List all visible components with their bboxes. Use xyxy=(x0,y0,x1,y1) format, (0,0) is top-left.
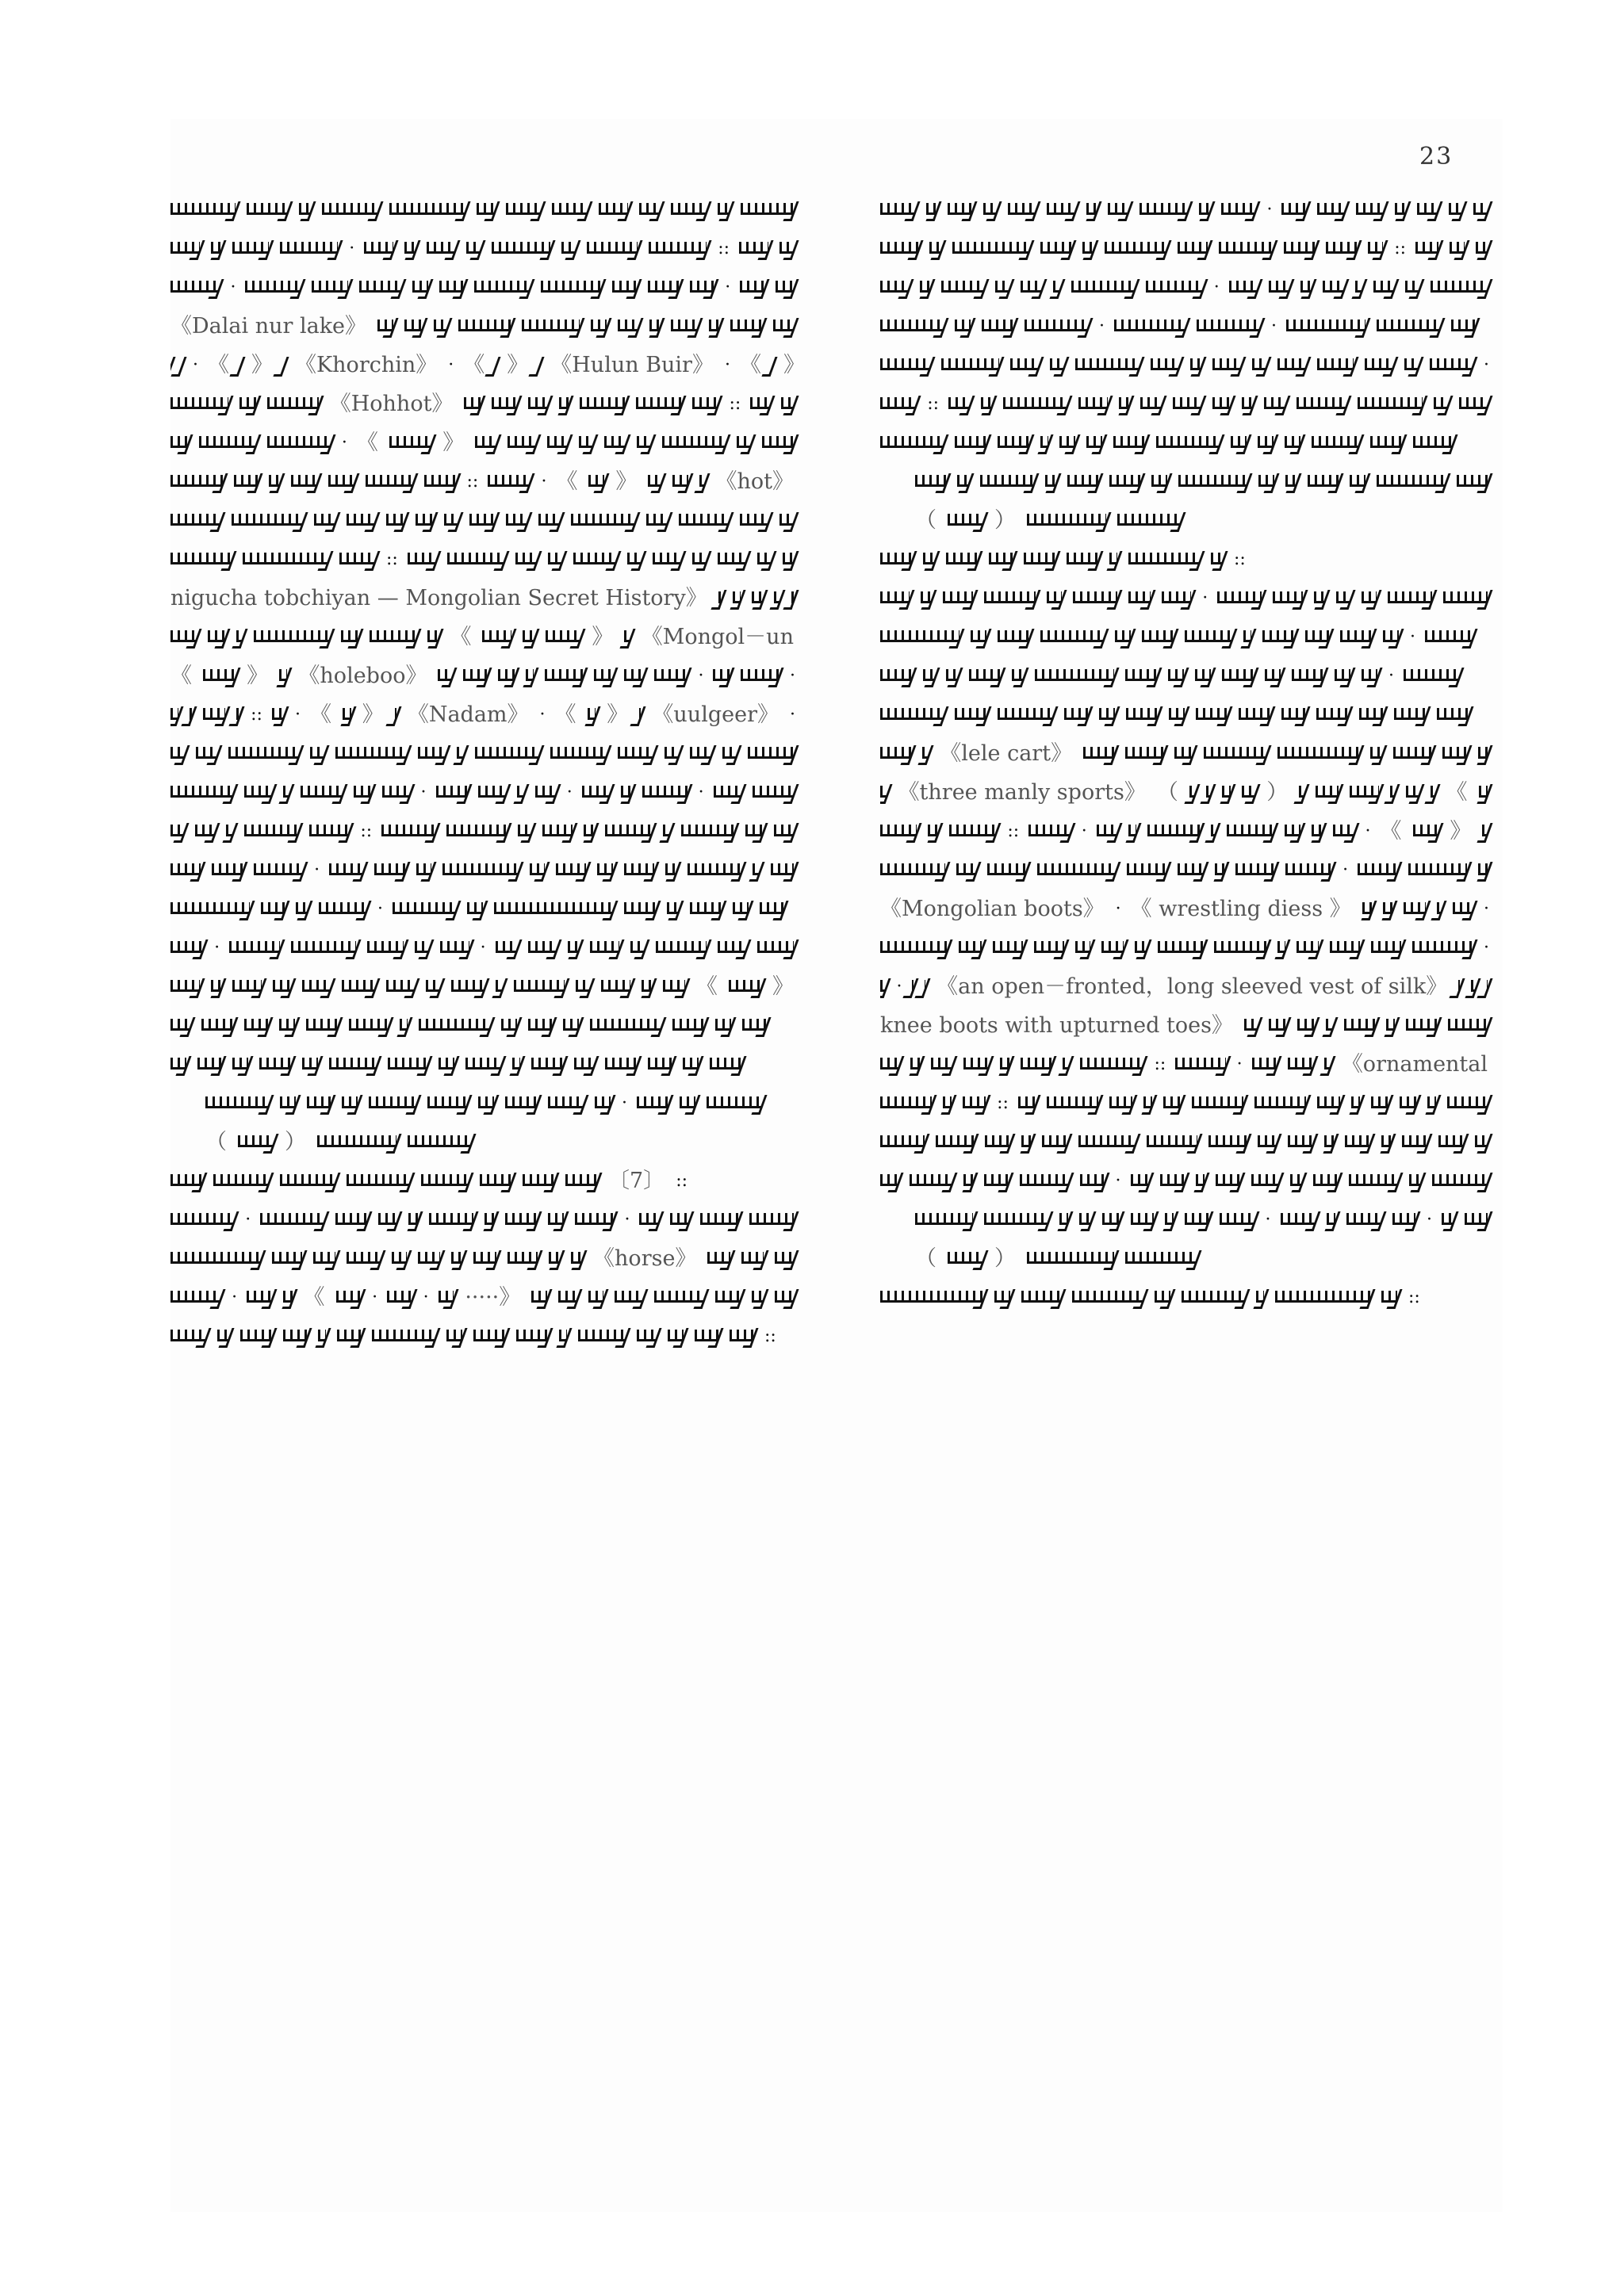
mongolian-word xyxy=(574,1054,594,1075)
mongolian-word xyxy=(1178,860,1204,881)
mongolian-word xyxy=(1080,1171,1105,1192)
mongolian-word xyxy=(1027,1249,1114,1269)
mongolian-word xyxy=(1086,433,1102,453)
mongolian-word xyxy=(713,666,730,687)
mongolian-word xyxy=(1453,899,1473,920)
mongolian-word xyxy=(1072,1288,1143,1308)
mongolian-word xyxy=(594,666,613,687)
mongolian-word xyxy=(347,1171,410,1192)
mongolian-word xyxy=(243,549,328,570)
mongolian-word xyxy=(1128,821,1136,842)
english-gloss: 《 xyxy=(1381,812,1402,851)
mongolian-word xyxy=(408,1210,418,1230)
mongolian-word xyxy=(1216,1171,1240,1192)
mongolian-word xyxy=(1204,744,1266,764)
mongolian-word xyxy=(1292,666,1323,687)
text-line: ::··《》 xyxy=(880,812,1499,851)
mongolian-word xyxy=(1212,394,1231,415)
mongolian-word xyxy=(750,394,769,415)
mongolian-word xyxy=(1473,200,1488,220)
mongolian-word xyxy=(1370,744,1383,764)
mongolian-word xyxy=(1190,355,1201,376)
mongolian-word xyxy=(781,394,794,415)
mongolian-word xyxy=(291,938,356,959)
mongolian-word xyxy=(880,1132,925,1153)
punctuation: · xyxy=(349,239,354,258)
mongolian-word xyxy=(244,1016,268,1036)
english-gloss: knee boots with upturned toes》 xyxy=(880,1006,1233,1045)
mongolian-word xyxy=(1324,1132,1334,1153)
mongolian-word xyxy=(1086,200,1097,220)
mongolian-word xyxy=(1114,316,1185,337)
mongolian-word xyxy=(1406,783,1419,803)
text-line: ::·《ornamental xyxy=(880,1045,1499,1084)
mongolian-word xyxy=(272,705,284,725)
mongolian-word xyxy=(1457,472,1488,492)
punctuation: :: xyxy=(1154,1054,1166,1074)
mongolian-word xyxy=(393,899,456,920)
mongolian-word xyxy=(742,1016,766,1036)
mongolian-word xyxy=(774,821,794,842)
text-line: · xyxy=(880,618,1499,656)
mongolian-word xyxy=(1160,1171,1185,1192)
mongolian-word xyxy=(980,472,1034,492)
mongolian-word xyxy=(1297,394,1346,415)
punctuation: :: xyxy=(467,472,479,492)
mongolian-word xyxy=(1252,355,1266,376)
english-gloss: 》 xyxy=(507,346,528,385)
mongolian-word xyxy=(1206,783,1211,803)
mongolian-word xyxy=(322,200,378,220)
mongolian-word xyxy=(880,1171,898,1192)
mongolian-word xyxy=(1438,1132,1464,1153)
mongolian-word xyxy=(1285,860,1331,881)
mongolian-word xyxy=(1476,239,1488,259)
mongolian-word xyxy=(955,433,986,453)
mongolian-word xyxy=(329,860,363,881)
mongolian-word xyxy=(710,1054,741,1075)
mongolian-word xyxy=(1242,394,1253,415)
mongolian-word xyxy=(1102,1210,1120,1230)
mongolian-word xyxy=(473,1249,496,1269)
mongolian-word xyxy=(306,1016,338,1036)
mongolian-word xyxy=(506,511,527,531)
text-line xyxy=(170,501,805,540)
text-line: ·《·······》 xyxy=(170,1278,805,1317)
mongolian-word xyxy=(1365,355,1393,376)
english-gloss: ） xyxy=(285,1123,306,1161)
mongolian-word xyxy=(170,783,233,803)
mongolian-word xyxy=(718,588,722,609)
mongolian-word xyxy=(496,977,503,997)
english-gloss: 《ornamental xyxy=(1342,1045,1488,1084)
mongolian-word xyxy=(1040,627,1104,648)
mongolian-word xyxy=(663,821,669,842)
mongolian-word xyxy=(556,860,586,881)
punctuation: · xyxy=(1410,627,1415,647)
mongolian-word xyxy=(624,627,630,648)
mongolian-word xyxy=(588,1288,604,1308)
mongolian-word xyxy=(523,627,534,648)
mongolian-word xyxy=(948,394,970,415)
mongolian-word xyxy=(910,1054,920,1075)
mongolian-word xyxy=(740,511,768,531)
mongolian-word xyxy=(514,977,565,997)
mongolian-word xyxy=(1427,1093,1436,1114)
mongolian-word xyxy=(993,938,1023,959)
mongolian-word xyxy=(335,744,406,764)
punctuation: · xyxy=(214,938,220,958)
english-gloss: 《 xyxy=(696,967,718,1006)
mongolian-word xyxy=(247,1288,272,1308)
mongolian-word xyxy=(548,1210,564,1230)
mongolian-word xyxy=(984,1210,1048,1230)
mongolian-word xyxy=(299,200,311,220)
punctuation: · xyxy=(295,705,301,725)
text-line: ·· xyxy=(880,1200,1499,1239)
mongolian-word xyxy=(690,899,722,920)
english-gloss: 》 xyxy=(783,346,805,385)
mongolian-word xyxy=(1211,821,1216,842)
mongolian-word xyxy=(438,666,451,687)
mongolian-word xyxy=(170,860,201,881)
mongolian-word xyxy=(545,666,583,687)
english-gloss: 》 xyxy=(251,346,273,385)
mongolian-word xyxy=(1075,938,1090,959)
mongolian-word xyxy=(507,1249,538,1269)
mongolian-word xyxy=(575,1210,613,1230)
mongolian-word xyxy=(1351,1093,1360,1114)
mongolian-word xyxy=(915,472,946,492)
mongolian-word xyxy=(637,1326,657,1347)
mongolian-word xyxy=(880,239,918,259)
mongolian-word xyxy=(408,549,436,570)
mongolian-word xyxy=(941,277,984,298)
mongolian-word xyxy=(776,277,794,298)
punctuation: · xyxy=(372,1288,377,1307)
mongolian-word xyxy=(1067,549,1098,570)
mongolian-word xyxy=(312,277,348,298)
punctuation: · xyxy=(230,277,236,297)
mongolian-word xyxy=(482,627,511,648)
mongolian-word xyxy=(590,1016,661,1036)
mongolian-word xyxy=(170,744,185,764)
mongolian-word xyxy=(477,200,494,220)
mongolian-word xyxy=(1146,277,1203,298)
mongolian-word xyxy=(1082,239,1094,259)
mongolian-word xyxy=(1408,860,1467,881)
mongolian-word xyxy=(959,938,981,959)
mongolian-word xyxy=(458,316,511,337)
mongolian-word xyxy=(170,1249,261,1269)
text-line: （） xyxy=(880,501,1499,540)
mongolian-word xyxy=(364,239,393,259)
mongolian-word xyxy=(349,1016,389,1036)
mongolian-word xyxy=(1323,277,1344,298)
mongolian-word xyxy=(446,1326,462,1347)
mongolian-word xyxy=(319,899,366,920)
mongolian-word xyxy=(1021,1288,1061,1308)
mongolian-word xyxy=(1105,239,1166,259)
mongolian-word xyxy=(280,239,338,259)
text-line: · xyxy=(170,851,805,890)
text-line: :: xyxy=(880,385,1499,423)
mongolian-word xyxy=(1305,627,1329,648)
mongolian-word xyxy=(946,549,978,570)
english-gloss: 《Mongolian boots》 xyxy=(880,890,1105,928)
mongolian-word xyxy=(208,627,225,648)
mongolian-word xyxy=(170,705,178,725)
mongolian-word xyxy=(370,627,416,648)
mongolian-word xyxy=(1300,277,1311,298)
mongolian-word xyxy=(1479,783,1488,803)
mongolian-word xyxy=(753,860,760,881)
mongolian-word xyxy=(548,1093,584,1114)
mongolian-word xyxy=(170,821,184,842)
english-gloss: 《 xyxy=(304,1278,325,1317)
punctuation: · xyxy=(1266,1210,1271,1230)
english-gloss: （ xyxy=(205,1123,227,1161)
text-line xyxy=(880,1123,1499,1161)
mongolian-word xyxy=(671,316,697,337)
mongolian-word xyxy=(637,433,651,453)
mongolian-word xyxy=(1269,1016,1286,1036)
punctuation: :: xyxy=(997,1093,1009,1113)
punctuation: · xyxy=(232,1288,237,1307)
mongolian-word xyxy=(474,277,529,298)
mongolian-word xyxy=(579,433,593,453)
mongolian-word xyxy=(531,1054,563,1075)
mongolian-word xyxy=(998,433,1029,453)
mongolian-word xyxy=(342,1093,358,1114)
mongolian-word xyxy=(359,277,402,298)
mongolian-word xyxy=(354,783,371,803)
mongolian-word xyxy=(329,1054,377,1075)
mongolian-word xyxy=(372,1326,435,1347)
mongolian-word xyxy=(1231,433,1247,453)
mongolian-word xyxy=(1447,1093,1488,1114)
mongolian-word xyxy=(665,744,679,764)
mongolian-word xyxy=(880,394,916,415)
mongolian-word xyxy=(1458,977,1460,997)
text-line: ·《》 xyxy=(170,423,805,462)
mongolian-word xyxy=(203,705,225,725)
mongolian-word xyxy=(170,1016,190,1036)
mongolian-word xyxy=(377,316,393,337)
english-gloss: 《 xyxy=(357,423,378,462)
mongolian-word xyxy=(283,1326,307,1347)
mongolian-word xyxy=(715,1288,741,1308)
mongolian-word xyxy=(963,1171,973,1192)
mongolian-word xyxy=(1078,1132,1136,1153)
mongolian-word xyxy=(984,1171,1009,1192)
mongolian-word xyxy=(662,433,726,453)
mongolian-word xyxy=(1413,433,1453,453)
mongolian-word xyxy=(386,977,416,997)
mongolian-word xyxy=(1288,1054,1313,1075)
text-line: :: xyxy=(880,1084,1499,1123)
mongolian-word xyxy=(485,1210,494,1230)
punctuation: · xyxy=(448,355,454,375)
mongolian-word xyxy=(948,511,983,531)
punctuation: · xyxy=(314,860,320,880)
mongolian-word xyxy=(1281,705,1305,725)
mongolian-word xyxy=(238,1132,274,1153)
mongolian-word xyxy=(1277,744,1358,764)
mongolian-word xyxy=(170,938,203,959)
mongolian-word xyxy=(542,821,573,842)
mongolian-word xyxy=(1128,588,1151,609)
mongolian-word xyxy=(654,666,687,687)
punctuation: :: xyxy=(927,394,939,414)
mongolian-word xyxy=(523,1171,554,1192)
mongolian-word xyxy=(880,783,887,803)
mongolian-word xyxy=(170,1054,186,1075)
mongolian-word xyxy=(1316,705,1348,725)
mongolian-word xyxy=(507,433,536,453)
text-line: · xyxy=(880,1161,1499,1200)
mongolian-word xyxy=(1390,783,1395,803)
text-line: （） xyxy=(880,1239,1499,1278)
mongolian-word xyxy=(548,549,562,570)
english-gloss: 《Mongol－un xyxy=(642,618,794,656)
mongolian-word xyxy=(1431,783,1435,803)
punctuation: · xyxy=(725,355,730,375)
english-gloss: 》 xyxy=(1450,812,1471,851)
mongolian-word xyxy=(1192,1093,1243,1114)
mongolian-word xyxy=(1003,394,1067,415)
punctuation: · xyxy=(725,277,730,297)
mongolian-word xyxy=(561,239,576,259)
mongolian-word xyxy=(254,860,303,881)
mongolian-word xyxy=(465,1054,501,1075)
text-line: ::·《》《hot》 xyxy=(170,462,805,501)
mongolian-word xyxy=(1151,355,1179,376)
mongolian-word xyxy=(1356,200,1384,220)
mongolian-word xyxy=(440,938,469,959)
mongolian-word xyxy=(1000,1054,1009,1075)
mongolian-word xyxy=(475,744,539,764)
mongolian-word xyxy=(307,1093,331,1114)
mongolian-word xyxy=(656,938,707,959)
mongolian-word xyxy=(1064,705,1088,725)
mongolian-word xyxy=(205,1093,269,1114)
mongolian-word xyxy=(880,200,915,220)
mongolian-word xyxy=(1281,200,1306,220)
mongolian-word xyxy=(707,1249,730,1269)
mongolian-word xyxy=(1358,394,1422,415)
mongolian-word xyxy=(492,394,518,415)
mongolian-word xyxy=(667,899,679,920)
mongolian-word xyxy=(1402,1132,1427,1153)
english-gloss: 》 xyxy=(772,967,794,1006)
text-line: nigucha tobchiyan — Mongolian Secret His… xyxy=(170,579,805,618)
mongolian-word xyxy=(1449,200,1463,220)
mongolian-word xyxy=(952,239,1029,259)
mongolian-word xyxy=(1400,1093,1417,1114)
mongolian-word xyxy=(515,549,537,570)
mongolian-word xyxy=(1288,1132,1313,1153)
mongolian-word xyxy=(1053,277,1060,298)
mongolian-word xyxy=(195,821,215,842)
mongolian-word xyxy=(1285,821,1300,842)
mongolian-word xyxy=(1251,1171,1279,1192)
mongolian-word xyxy=(1169,705,1185,725)
mongolian-word xyxy=(1140,394,1162,415)
punctuation: · xyxy=(541,472,546,492)
mongolian-word xyxy=(559,394,569,415)
mongolian-word xyxy=(1258,1132,1277,1153)
mongolian-word xyxy=(1273,588,1302,609)
mongolian-word xyxy=(1244,1016,1258,1036)
mongolian-word xyxy=(279,1016,295,1036)
mongolian-word xyxy=(783,549,794,570)
mongolian-word xyxy=(921,588,932,609)
text-line: · xyxy=(880,928,1499,967)
mongolian-word xyxy=(699,472,705,492)
mongolian-word xyxy=(439,1054,454,1075)
mongolian-word xyxy=(670,1210,689,1230)
mongolian-word xyxy=(605,821,652,842)
mongolian-word xyxy=(1067,472,1098,492)
mongolian-word xyxy=(1386,1016,1395,1036)
mongolian-word xyxy=(416,511,434,531)
mongolian-word xyxy=(984,588,1036,609)
mongolian-word xyxy=(427,239,456,259)
mongolian-word xyxy=(880,666,912,687)
mongolian-word xyxy=(336,1288,362,1308)
mongolian-word xyxy=(949,821,996,842)
mongolian-word xyxy=(1371,938,1401,959)
mongolian-word xyxy=(672,472,688,492)
mongolian-word xyxy=(578,1326,626,1347)
mongolian-word xyxy=(535,783,556,803)
mongolian-word xyxy=(1281,1210,1316,1230)
mongolian-word xyxy=(880,1288,983,1308)
mongolian-word xyxy=(707,1093,762,1114)
mongolian-word xyxy=(310,744,324,764)
mongolian-word xyxy=(998,627,1029,648)
english-gloss: 《 xyxy=(1446,773,1468,812)
mongolian-word xyxy=(369,1093,416,1114)
mongolian-word xyxy=(426,977,440,997)
punctuation: · xyxy=(423,1288,429,1307)
mongolian-word xyxy=(1109,549,1117,570)
punctuation: · xyxy=(1484,899,1489,919)
mongolian-word xyxy=(427,1093,467,1114)
mongolian-word xyxy=(880,1093,932,1114)
mongolian-word xyxy=(1125,666,1157,687)
mongolian-word xyxy=(618,744,653,764)
mongolian-word xyxy=(1196,705,1228,725)
mongolian-word xyxy=(335,1210,367,1230)
mongolian-word xyxy=(260,1210,324,1230)
mongolian-word xyxy=(957,472,969,492)
mongolian-word xyxy=(1243,627,1251,648)
mongolian-word xyxy=(748,744,794,764)
punctuation: · xyxy=(1365,821,1371,841)
mongolian-word xyxy=(434,316,447,337)
punctuation: · xyxy=(790,666,795,686)
english-gloss: 《 xyxy=(555,695,576,734)
mongolian-word xyxy=(419,1016,490,1036)
mongolian-word xyxy=(457,744,464,764)
mongolian-word xyxy=(671,200,707,220)
mongolian-word xyxy=(757,938,794,959)
mongolian-word xyxy=(1377,472,1446,492)
mongolian-word xyxy=(922,744,929,764)
mongolian-word xyxy=(318,1326,326,1347)
